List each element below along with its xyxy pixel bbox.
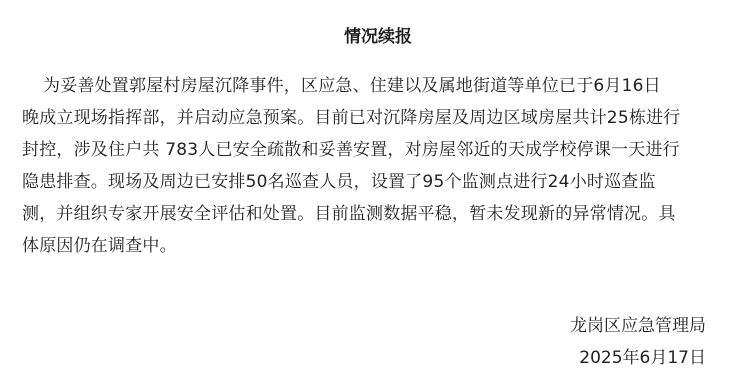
signature-organization: 龙岗区应急管理局 bbox=[570, 313, 706, 339]
document-body: 为妥善处置郭屋村房屋沉降事件，区应急、住建以及属地街道等单位已于6月16日 晚成… bbox=[22, 70, 712, 262]
signature-date: 2025年6月17日 bbox=[579, 345, 706, 371]
paragraph-line: 封控，涉及住户共 783人已安全疏散和妥善安置，对房屋邻近的天成学校停课一天进行 bbox=[22, 134, 712, 166]
paragraph-line: 测，并组织专家开展安全评估和处置。目前监测数据平稳，暂未发现新的异常情况。具 bbox=[22, 198, 712, 230]
paragraph-line: 体原因仍在调查中。 bbox=[22, 230, 712, 262]
paragraph-line: 为妥善处置郭屋村房屋沉降事件，区应急、住建以及属地街道等单位已于6月16日 bbox=[22, 70, 712, 102]
paragraph-line: 晚成立现场指挥部，并启动应急预案。目前已对沉降房屋及周边区域房屋共计25栋进行 bbox=[22, 102, 712, 134]
paragraph-line: 隐患排查。现场及周边已安排50名巡查人员，设置了95个监测点进行24小时巡查监 bbox=[22, 166, 712, 198]
document-title: 情况续报 bbox=[0, 24, 756, 50]
